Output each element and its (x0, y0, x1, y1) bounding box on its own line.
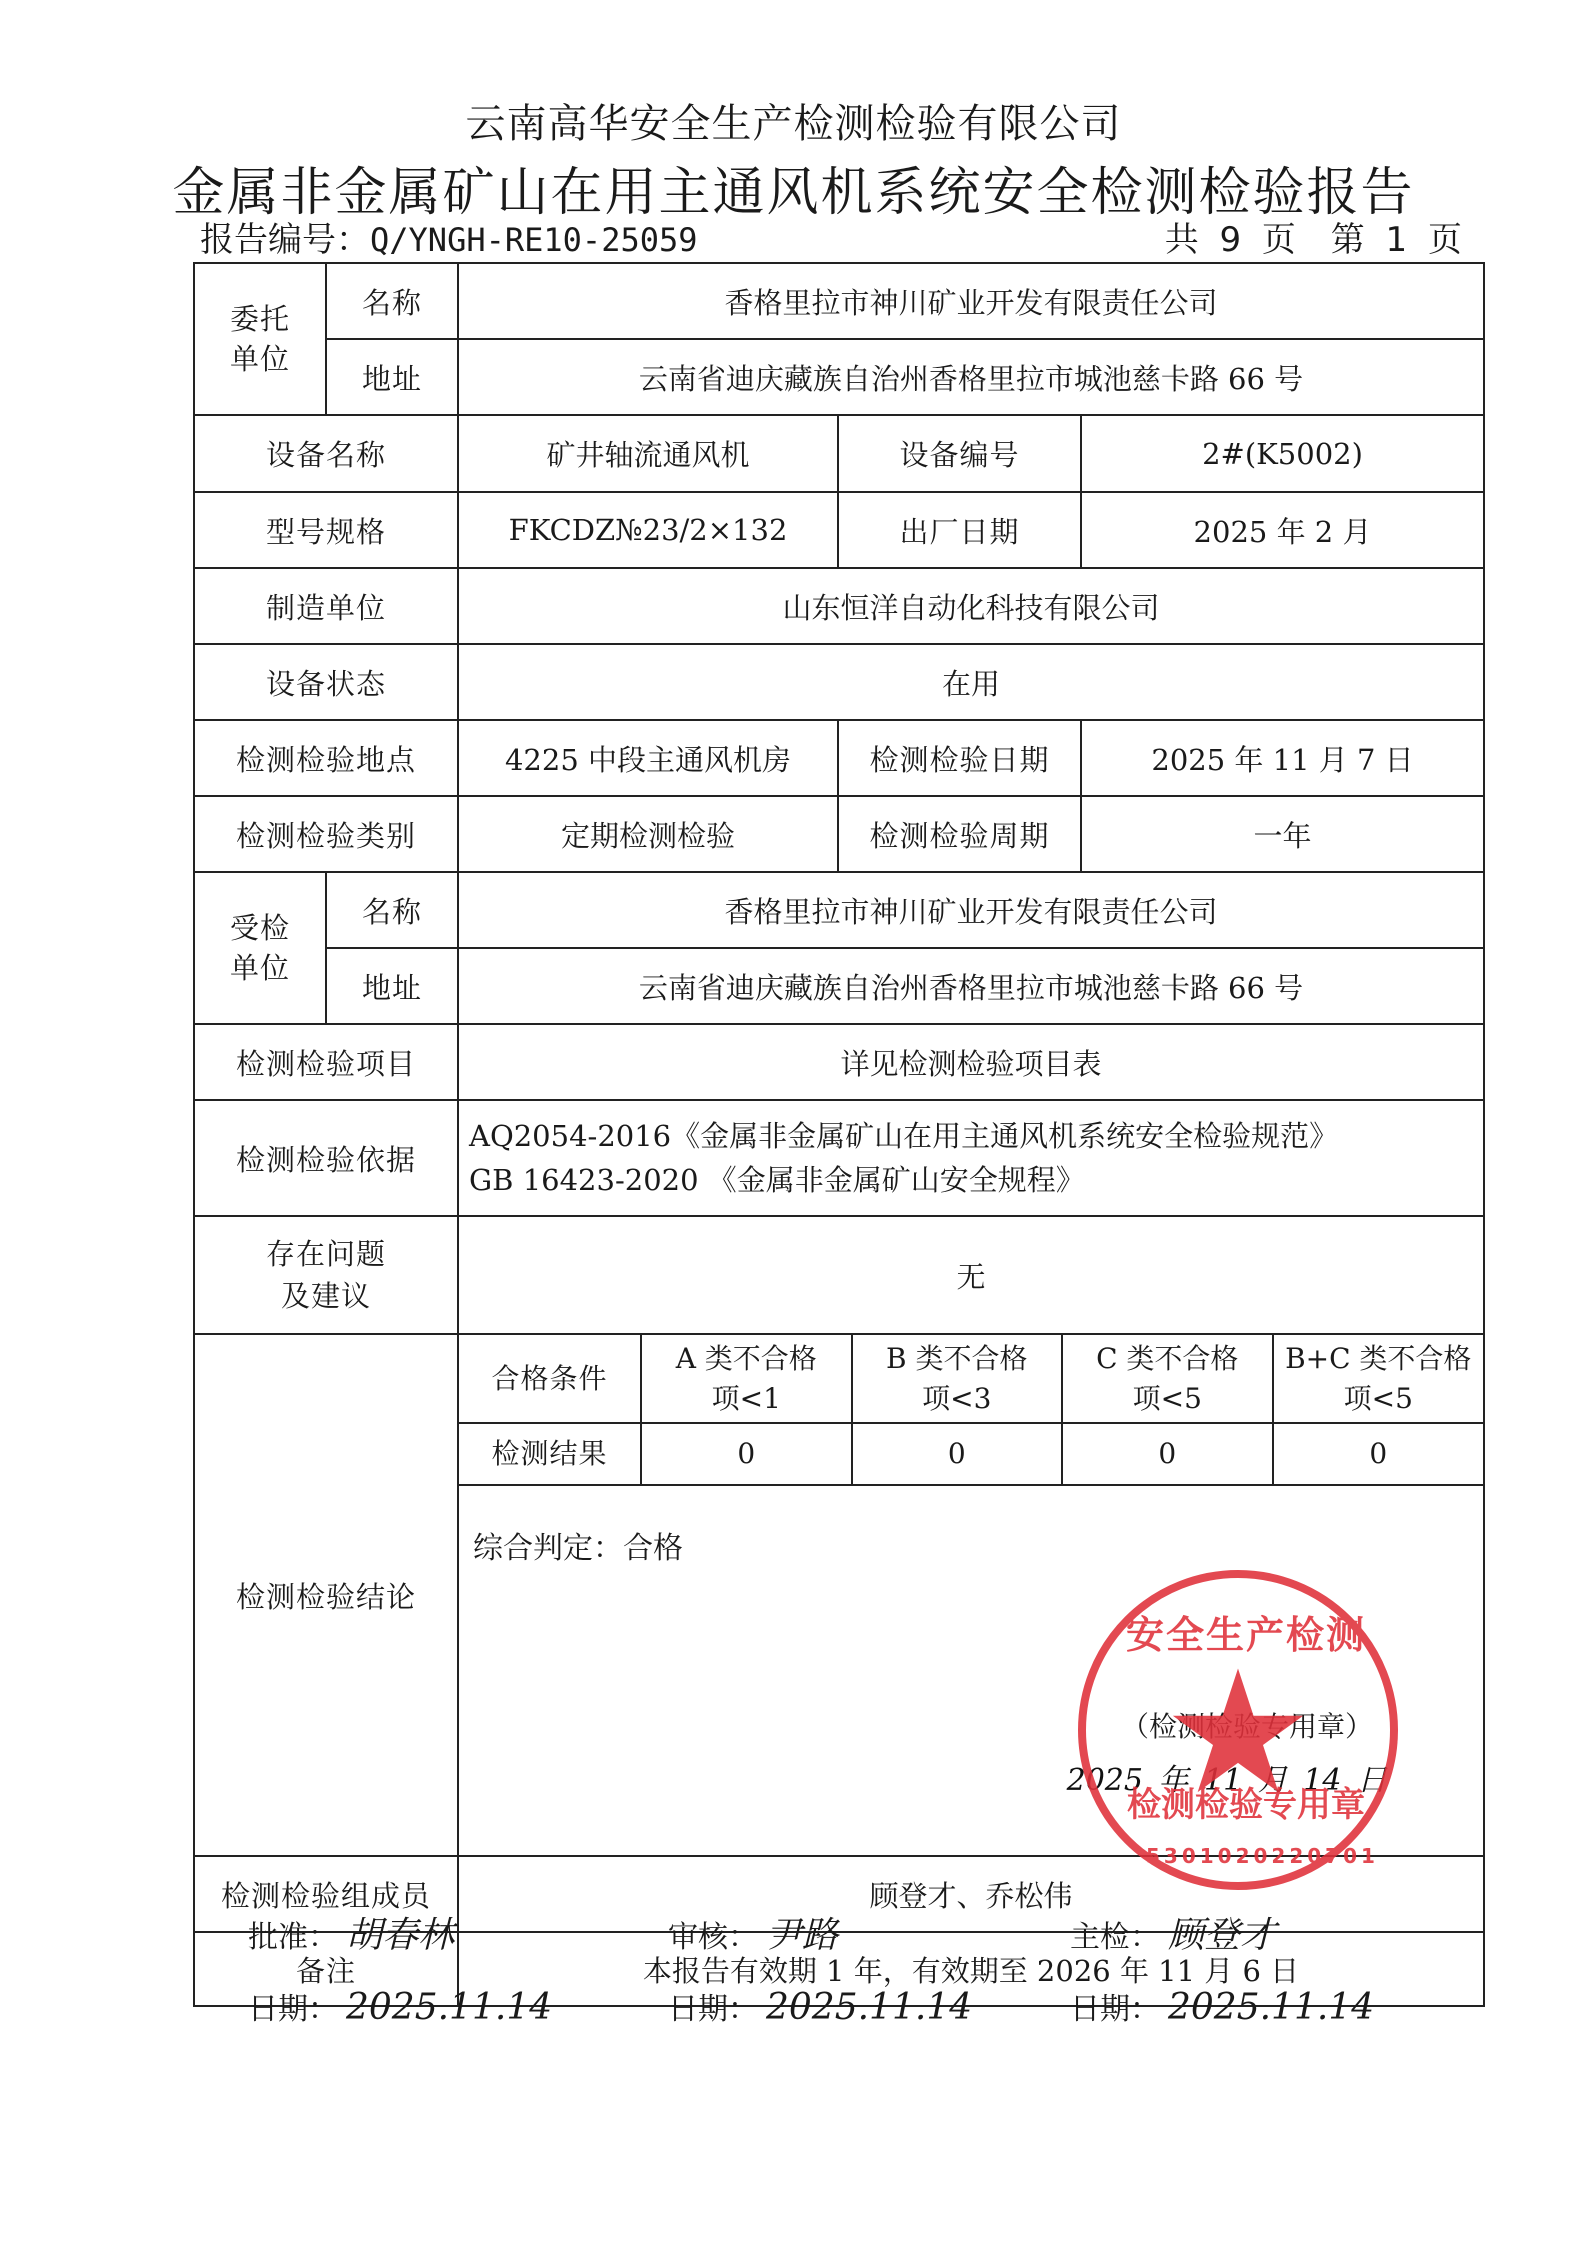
review-date-label: 日期： (668, 1992, 758, 2027)
result-label: 检测结果 (459, 1423, 641, 1485)
result-bc: 0 (1273, 1423, 1484, 1485)
chief-sig: 顾登才 (1168, 1915, 1276, 1956)
basis-value: AQ2054-2016《金属非金属矿山在用主通风机系统安全检验规范》 GB 16… (458, 1100, 1484, 1216)
inspected-name: 香格里拉市神川矿业开发有限责任公司 (458, 872, 1484, 948)
inspected-name-label: 名称 (326, 872, 458, 948)
review-label: 审核： (668, 1920, 758, 1955)
criteria-table: 合格条件 A 类不合格项<1 B 类不合格项<3 C 类不合格项<5 B+C 类… (459, 1335, 1483, 1486)
inspected-address-label: 地址 (326, 948, 458, 1024)
chief-date-label: 日期： (1070, 1992, 1160, 2027)
equipment-name: 矿井轴流通风机 (458, 415, 838, 492)
result-b: 0 (852, 1423, 1063, 1485)
criteria-b: B 类不合格项<3 (852, 1335, 1063, 1423)
result-c: 0 (1062, 1423, 1273, 1485)
conclusion-cell: 合格条件 A 类不合格项<1 B 类不合格项<3 C 类不合格项<5 B+C 类… (458, 1334, 1484, 1856)
equipment-name-label: 设备名称 (194, 415, 458, 492)
stamp-date: 2025 年 11 月 14 日 (1067, 1755, 1387, 1799)
manufacturer: 山东恒洋自动化科技有限公司 (458, 568, 1484, 644)
review-date: 2025.11.14 (766, 1987, 972, 2028)
chief-signature: 主检：顾登才 日期：2025.11.14 (1070, 1900, 1374, 2044)
basis-line-2: GB 16423-2020 《金属非金属矿山安全规程》 (469, 1158, 1483, 1202)
items-value: 详见检测检验项目表 (458, 1024, 1484, 1100)
criteria-c: C 类不合格项<5 (1062, 1335, 1273, 1423)
basis-line-1: AQ2054-2016《金属非金属矿山在用主通风机系统安全检验规范》 (469, 1114, 1483, 1158)
equipment-id-label: 设备编号 (838, 415, 1081, 492)
conclusion-label: 检测检验结论 (194, 1334, 458, 1856)
client-address: 云南省迪庆藏族自治州香格里拉市城池慈卡路 66 号 (458, 339, 1484, 415)
cycle-value: 一年 (1081, 796, 1484, 872)
issues-value: 无 (458, 1216, 1484, 1334)
equipment-id: 2#(K5002) (1081, 415, 1484, 492)
type-value: 定期检测检验 (458, 796, 838, 872)
company-name: 云南高华安全生产检测检验有限公司 (0, 92, 1587, 149)
report-number-label: 报告编号： (200, 220, 370, 260)
client-name: 香格里拉市神川矿业开发有限责任公司 (458, 263, 1484, 339)
review-sig: 尹路 (766, 1915, 838, 1956)
inspected-group-label: 受检单位 (194, 872, 326, 1024)
current-page: 第 1 页 (1331, 220, 1462, 260)
approve-label: 批准： (248, 1920, 338, 1955)
approve-date: 2025.11.14 (346, 1987, 552, 2028)
client-name-label: 名称 (326, 263, 458, 339)
approve-sig: 胡春林 (346, 1915, 454, 1956)
type-label: 检测检验类别 (194, 796, 458, 872)
result-a: 0 (641, 1423, 852, 1485)
cycle-label: 检测检验周期 (838, 796, 1081, 872)
manufacturer-label: 制造单位 (194, 568, 458, 644)
issues-label: 存在问题及建议 (194, 1216, 458, 1334)
chief-date: 2025.11.14 (1168, 1987, 1374, 2028)
mfg-date-label: 出厂日期 (838, 492, 1081, 568)
approve-date-label: 日期： (248, 1992, 338, 2027)
total-pages: 共 9 页 (1165, 220, 1296, 260)
review-signature: 审核：尹路 日期：2025.11.14 (668, 1900, 972, 2044)
approve-signature: 批准：胡春林 日期：2025.11.14 (248, 1900, 552, 2044)
report-number: 报告编号：Q/YNGH-RE10-25059 (200, 212, 698, 261)
status-label: 设备状态 (194, 644, 458, 720)
chief-label: 主检： (1070, 1920, 1160, 1955)
criteria-a: A 类不合格项<1 (641, 1335, 852, 1423)
page-indicator: 共 9 页 第 1 页 (1151, 212, 1462, 261)
model-label: 型号规格 (194, 492, 458, 568)
client-group-label: 委托单位 (194, 263, 326, 415)
report-table: 委托单位 名称 香格里拉市神川矿业开发有限责任公司 地址 云南省迪庆藏族自治州香… (193, 262, 1485, 2007)
report-number-value: Q/YNGH-RE10-25059 (370, 221, 698, 259)
inspected-address: 云南省迪庆藏族自治州香格里拉市城池慈卡路 66 号 (458, 948, 1484, 1024)
model-value: FKCDZ№23/2×132 (458, 492, 838, 568)
location-value: 4225 中段主通风机房 (458, 720, 838, 796)
basis-label: 检测检验依据 (194, 1100, 458, 1216)
location-label: 检测检验地点 (194, 720, 458, 796)
overall-judgement: 综合判定：合格 (473, 1523, 683, 1567)
items-label: 检测检验项目 (194, 1024, 458, 1100)
criteria-bc: B+C 类不合格项<5 (1273, 1335, 1484, 1423)
criteria-label: 合格条件 (459, 1335, 641, 1423)
date-value: 2025 年 11 月 7 日 (1081, 720, 1484, 796)
stamp-note: （检测检验专用章） (1121, 1705, 1373, 1745)
status-value: 在用 (458, 644, 1484, 720)
date-label: 检测检验日期 (838, 720, 1081, 796)
client-address-label: 地址 (326, 339, 458, 415)
mfg-date: 2025 年 2 月 (1081, 492, 1484, 568)
